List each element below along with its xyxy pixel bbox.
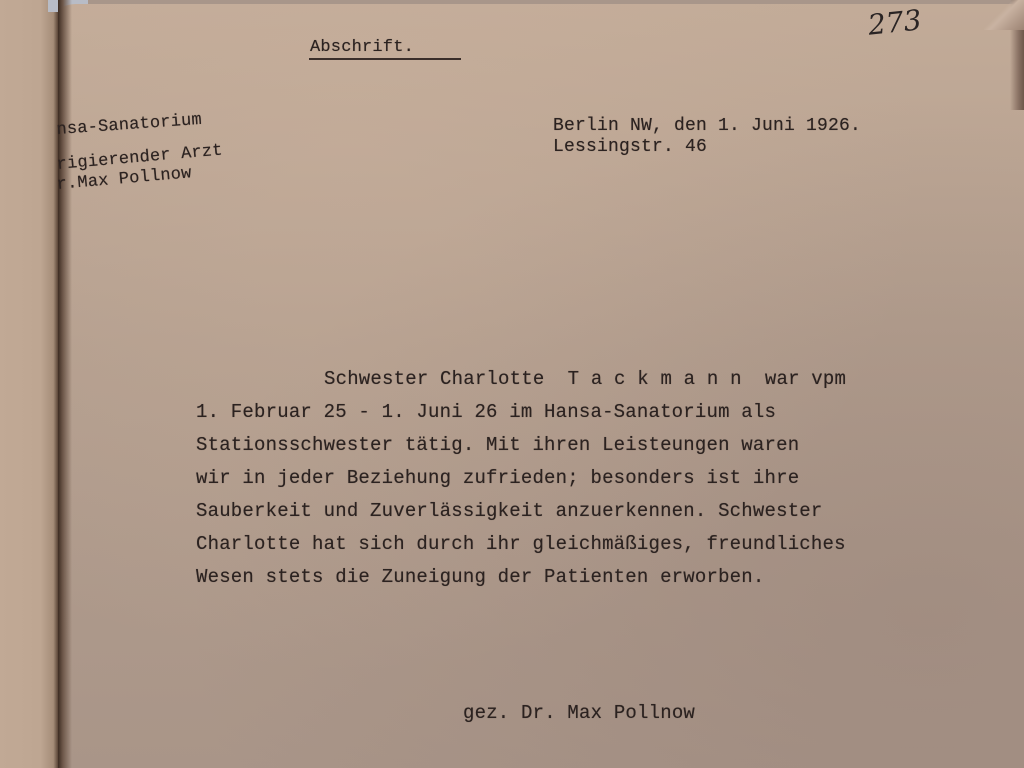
document-photo: Abschrift. 273 nsa-Sanatorium rigierende… <box>0 0 1024 768</box>
place-and-date: Berlin NW, den 1. Juni 1926. <box>553 116 861 136</box>
document-title: Abschrift. <box>310 38 414 57</box>
page-corner-curl <box>984 0 1024 30</box>
handwritten-page-number: 273 <box>866 3 923 41</box>
body-line: Sauberkeit und Zuverlässigkeit anzuerken… <box>196 500 823 522</box>
body-line: wir in jeder Beziehung zufrieden; besond… <box>196 467 799 489</box>
body-line: 1. Februar 25 - 1. Juni 26 im Hansa-Sana… <box>196 401 776 423</box>
title-underline <box>309 58 461 60</box>
signature: gez. Dr. Max Pollnow <box>463 702 695 724</box>
street-address: Lessingstr. 46 <box>553 137 707 157</box>
body-line: Charlotte hat sich durch ihr gleichmäßig… <box>196 533 846 555</box>
previous-page-edge <box>0 0 58 768</box>
binding-gutter <box>58 0 72 768</box>
body-line: Wesen stets die Zuneigung der Patienten … <box>196 566 765 588</box>
body-line: Stationsschwester tätig. Mit ihren Leist… <box>196 434 799 456</box>
body-line: Schwester Charlotte T a c k m a n n war … <box>324 368 846 390</box>
